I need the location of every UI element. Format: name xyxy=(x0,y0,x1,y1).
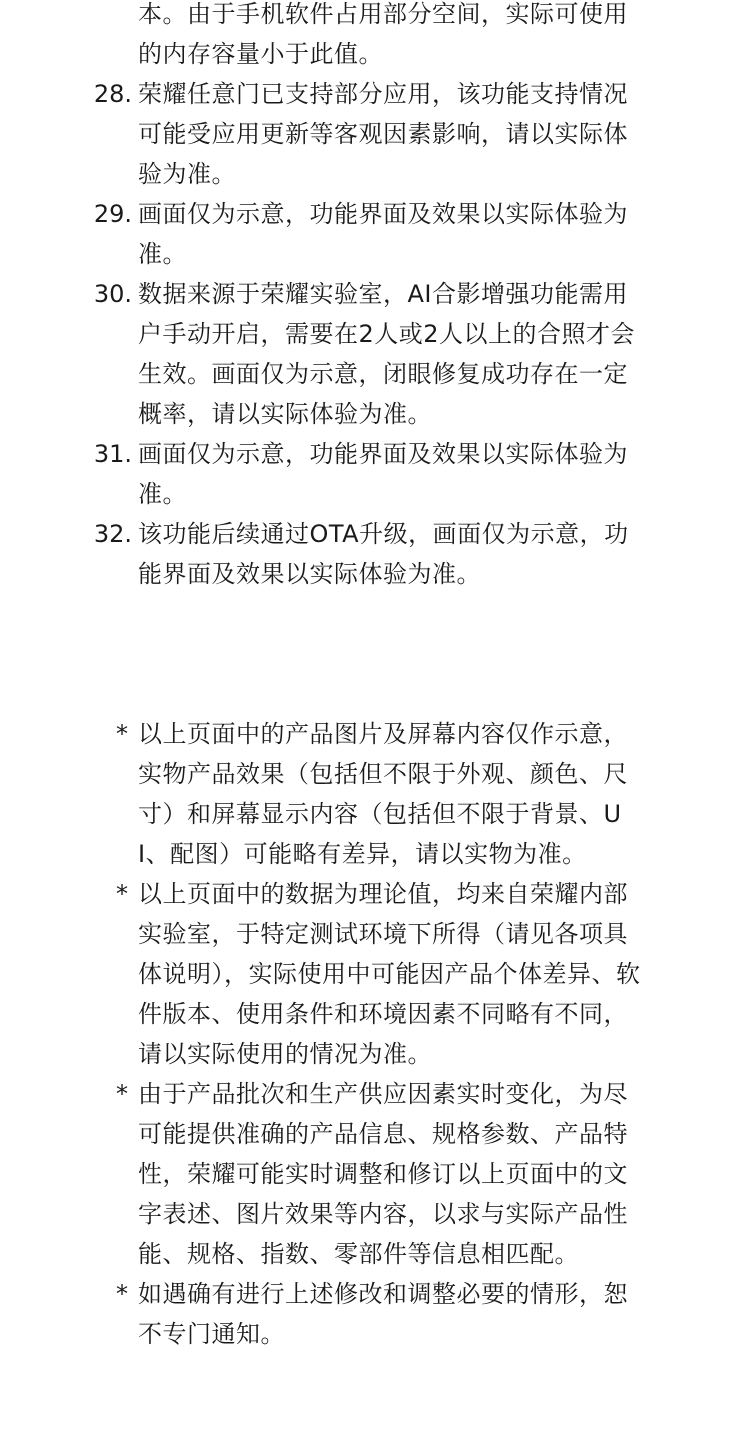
disclaimer-item-images: * 以上页面中的产品图片及屏幕内容仅作示意，实物产品效果（包括但不限于外观、颜色… xyxy=(0,714,643,874)
disclaimer-item-notice: * 如遇确有进行上述修改和调整必要的情形，恕不专门通知。 xyxy=(0,1274,643,1354)
footnote-text: 画面仅为示意，功能界面及效果以实际体验为准。 xyxy=(138,200,628,268)
asterisk-bullet: * xyxy=(0,1074,128,1114)
footnote-list: 本。由于手机软件占用部分空间，实际可使用的内存容量小于此值。 28. 荣耀任意门… xyxy=(0,0,643,594)
disclaimer-list: * 以上页面中的产品图片及屏幕内容仅作示意，实物产品效果（包括但不限于外观、颜色… xyxy=(0,714,643,1354)
asterisk-bullet: * xyxy=(0,874,128,914)
disclaimer-item-revisions: * 由于产品批次和生产供应因素实时变化，为尽可能提供准确的产品信息、规格参数、产… xyxy=(0,1074,643,1274)
footnote-number: 32. xyxy=(0,514,132,554)
footnote-item-32: 32. 该功能后续通过OTA升级，画面仅为示意，功能界面及效果以实际体验为准。 xyxy=(0,514,643,594)
disclaimer-item-data: * 以上页面中的数据为理论值，均来自荣耀内部实验室，于特定测试环境下所得（请见各… xyxy=(0,874,643,1074)
asterisk-bullet: * xyxy=(0,714,128,754)
disclaimer-text: 以上页面中的数据为理论值，均来自荣耀内部实验室，于特定测试环境下所得（请见各项具… xyxy=(138,880,641,1068)
footnote-item-29: 29. 画面仅为示意，功能界面及效果以实际体验为准。 xyxy=(0,194,643,274)
footnote-text: 荣耀任意门已支持部分应用，该功能支持情况可能受应用更新等客观因素影响，请以实际体… xyxy=(138,80,628,188)
footnote-item-31: 31. 画面仅为示意，功能界面及效果以实际体验为准。 xyxy=(0,434,643,514)
footnote-text: 该功能后续通过OTA升级，画面仅为示意，功能界面及效果以实际体验为准。 xyxy=(138,520,629,588)
disclaimer-text: 由于产品批次和生产供应因素实时变化，为尽可能提供准确的产品信息、规格参数、产品特… xyxy=(138,1080,628,1268)
footnote-number: 31. xyxy=(0,434,132,474)
footnote-number: 28. xyxy=(0,74,132,114)
footnote-number: 29. xyxy=(0,194,132,234)
footnote-item-30: 30. 数据来源于荣耀实验室，AI合影增强功能需用户手动开启，需要在2人或2人以… xyxy=(0,274,643,434)
footnote-item-27-continuation: 本。由于手机软件占用部分空间，实际可使用的内存容量小于此值。 xyxy=(0,0,643,74)
footnote-item-28: 28. 荣耀任意门已支持部分应用，该功能支持情况可能受应用更新等客观因素影响，请… xyxy=(0,74,643,194)
asterisk-bullet: * xyxy=(0,1274,128,1314)
footnote-text: 画面仅为示意，功能界面及效果以实际体验为准。 xyxy=(138,440,628,508)
footnote-text: 本。由于手机软件占用部分空间，实际可使用的内存容量小于此值。 xyxy=(138,0,628,68)
footnote-number: 30. xyxy=(0,274,132,314)
disclaimer-text: 如遇确有进行上述修改和调整必要的情形，恕不专门通知。 xyxy=(138,1280,628,1348)
disclaimer-text: 以上页面中的产品图片及屏幕内容仅作示意，实物产品效果（包括但不限于外观、颜色、尺… xyxy=(138,720,628,868)
footnote-text: 数据来源于荣耀实验室，AI合影增强功能需用户手动开启，需要在2人或2人以上的合照… xyxy=(138,280,635,428)
